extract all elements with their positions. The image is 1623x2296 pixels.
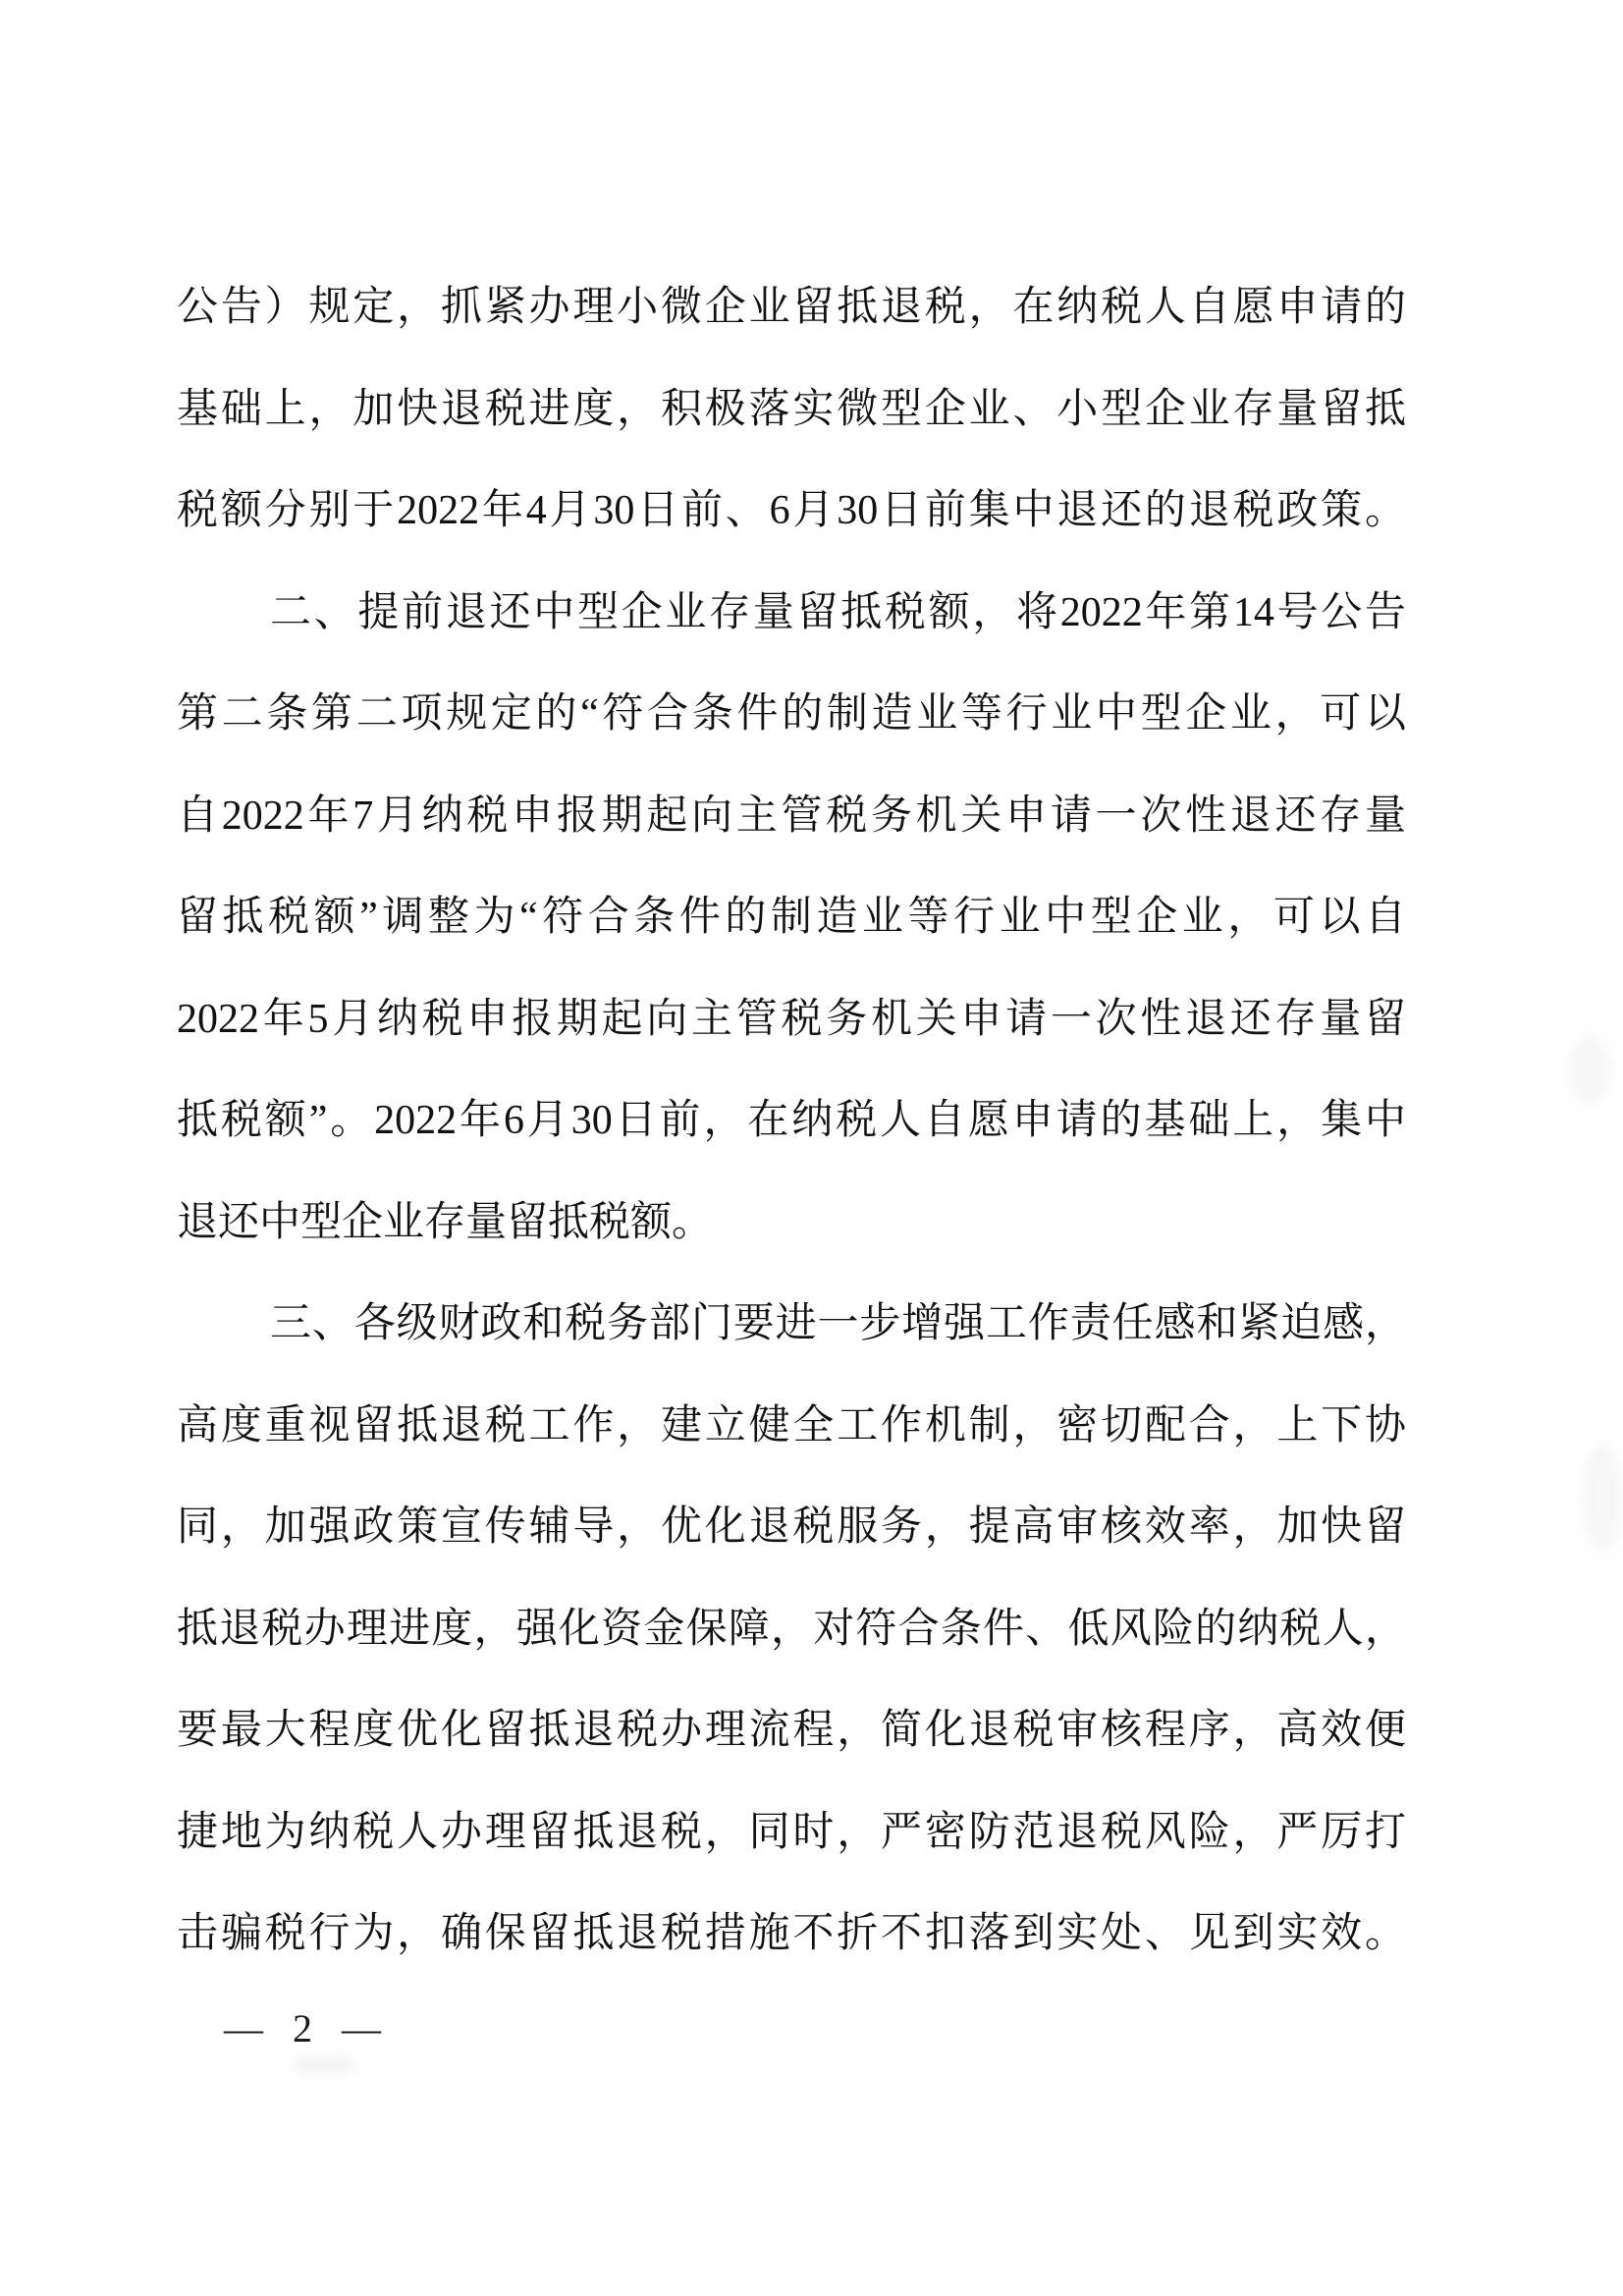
page-number: — 2 — <box>224 2005 385 2051</box>
text-line-paragraph-start: 三、各级财政和税务部门要进一步增强工作责任感和紧迫感， <box>177 1274 1406 1376</box>
scan-smudge <box>1583 1444 1622 1552</box>
scan-smudge <box>1569 1036 1610 1105</box>
text-line: 第二条第二项规定的“符合条件的制造业等行业中型企业，可以 <box>177 664 1406 766</box>
text-line: 要最大程度优化留抵退税办理流程，简化退税审核程序，高效便 <box>177 1680 1406 1782</box>
text-line: 击骗税行为，确保留抵退税措施不折不扣落到实处、见到实效。 <box>177 1884 1406 1986</box>
text-line: 2022年5月纳税申报期起向主管税务机关申请一次性退还存量留 <box>177 969 1406 1071</box>
text-line: 捷地为纳税人办理留抵退税，同时，严密防范退税风险，严厉打 <box>177 1782 1406 1885</box>
text-line: 留抵税额”调整为“符合条件的制造业等行业中型企业，可以自 <box>177 867 1406 969</box>
text-line: 自2022年7月纳税申报期起向主管税务机关申请一次性退还存量 <box>177 766 1406 868</box>
text-line: 公告）规定，抓紧办理小微企业留抵退税，在纳税人自愿申请的 <box>177 257 1406 359</box>
document-page: 公告）规定，抓紧办理小微企业留抵退税，在纳税人自愿申请的 基础上，加快退税进度，… <box>0 0 1623 2296</box>
scan-smudge <box>295 2058 353 2072</box>
document-body: 公告）规定，抓紧办理小微企业留抵退税，在纳税人自愿申请的 基础上，加快退税进度，… <box>177 257 1406 1986</box>
text-line: 抵税额”。2022年6月30日前，在纳税人自愿申请的基础上，集中 <box>177 1070 1406 1173</box>
text-line-paragraph-start: 二、提前退还中型企业存量留抵税额，将2022年第14号公告 <box>177 563 1406 665</box>
text-line: 同，加强政策宣传辅导，优化退税服务，提高审核效率，加快留 <box>177 1477 1406 1579</box>
text-line-paragraph-end: 退还中型企业存量留抵税额。 <box>177 1173 1406 1275</box>
text-line: 基础上，加快退税进度，积极落实微型企业、小型企业存量留抵 <box>177 359 1406 462</box>
text-line: 抵退税办理进度，强化资金保障，对符合条件、低风险的纳税人， <box>177 1579 1406 1681</box>
text-line: 高度重视留抵退税工作，建立健全工作机制，密切配合，上下协 <box>177 1376 1406 1478</box>
text-line: 税额分别于2022年4月30日前、6月30日前集中退还的退税政策。 <box>177 461 1406 563</box>
